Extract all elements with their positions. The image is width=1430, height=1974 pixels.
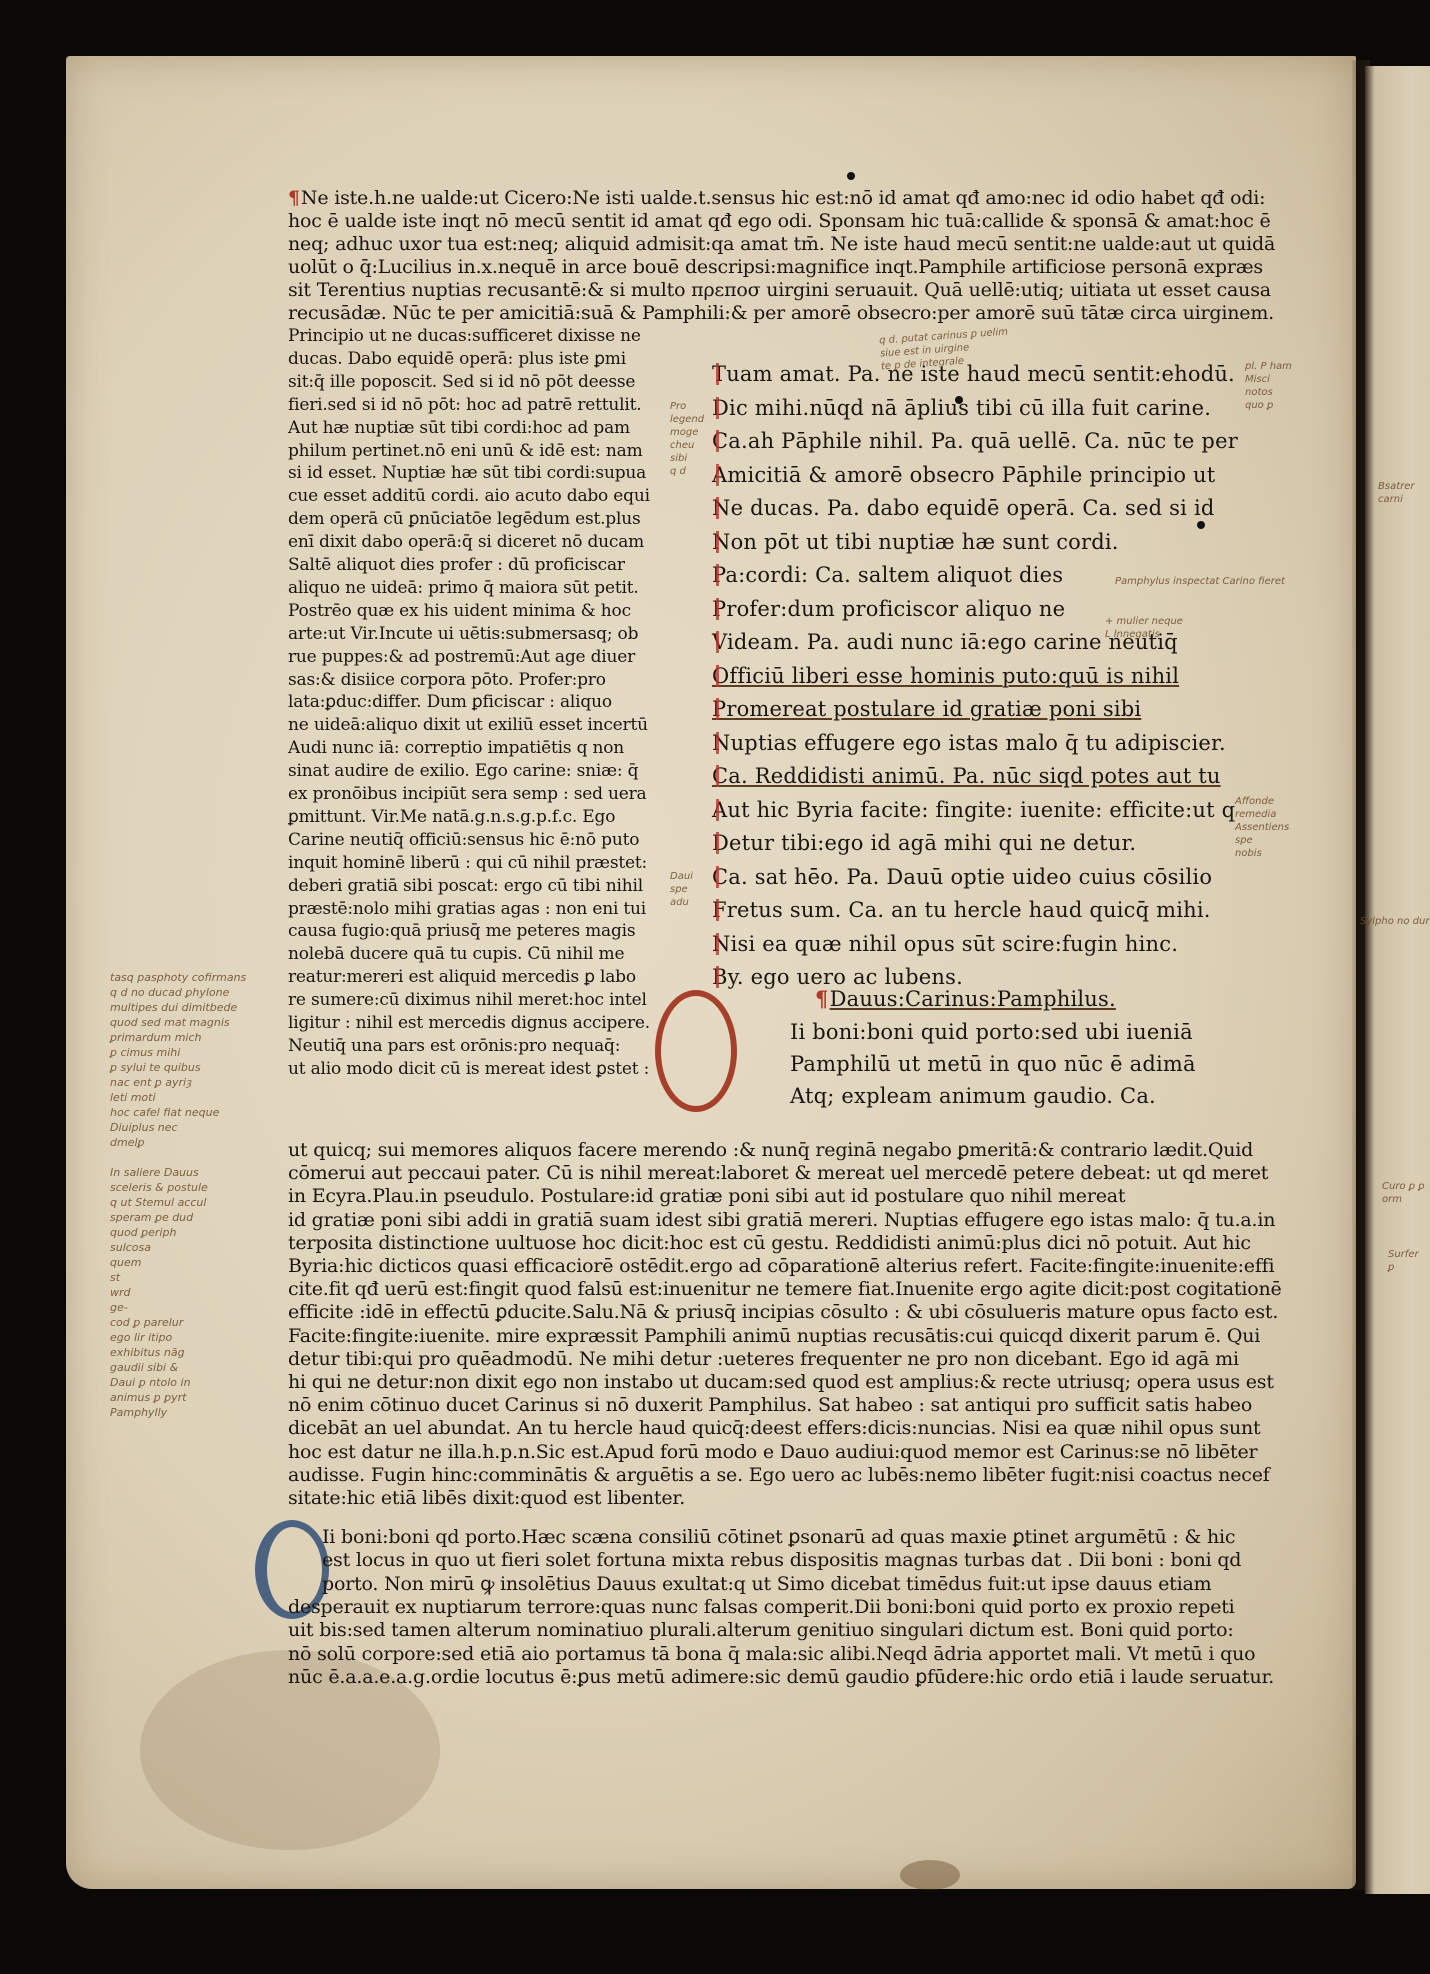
text-line: neq; adhuc uxor tua est:neq; aliquid adm… — [288, 234, 1275, 254]
text-line: sinat audire de exilio. Ego carine: sniæ… — [288, 761, 638, 781]
text-line: cōmerui aut peccaui pater. Cū is nihil m… — [288, 1163, 1268, 1183]
text-line: nō enim cōtinuo ducet Carinus si nō duxe… — [288, 1395, 1252, 1415]
ink-dot — [847, 172, 855, 180]
rubric-stroke-icon — [716, 732, 719, 754]
rubric-stroke-icon — [716, 899, 719, 921]
play-line: Ca. sat hēo. Pa. Dauū optie uideo cuius … — [712, 863, 1212, 891]
text-line: Postrēo quæ ex his uident minima & hoc — [288, 601, 631, 621]
text-line: rue puppes:& ad postremū:Aut age diuer — [288, 647, 635, 667]
text-line: Principio ut ne ducas:sufficeret dixisse… — [288, 326, 641, 346]
play-line: Promereat postulare id gratiæ poni sibi — [712, 695, 1141, 723]
rubric-stroke-icon — [716, 363, 719, 385]
rubric-stroke-icon — [716, 933, 719, 955]
play-line-text: Nuptias effugere ego istas malo q̄ tu ad… — [712, 731, 1226, 755]
text-line: sas:& disiice corpora pōto. Profer:pro — [288, 670, 606, 690]
marginal-note: + mulier neque L lnnegatis — [1105, 615, 1183, 641]
text-line: uolūt o q̄:Lucilius in.x.nequē in arce b… — [288, 257, 1263, 277]
text-line: ligitur : nihil est mercedis dignus acci… — [288, 1013, 650, 1033]
play-line-text: Profer:dum proficiscor aliquo ne — [712, 597, 1065, 621]
play-line-text: Ca.ah Pāphile nihil. Pa. quā uellē. Ca. … — [712, 429, 1238, 453]
text-line: reatur:mereri est aliquid mercedis ꝑ lab… — [288, 967, 636, 987]
text-line: dem operā cū ꝑnūciatōe legēdum est.plus — [288, 509, 641, 529]
text-line: id gratiæ poni sibi addi in gratiā suam … — [288, 1210, 1275, 1230]
text-line: porto. Non mirū ꝙ insolētius Dauus exult… — [322, 1574, 1211, 1594]
play-line-text: Nisi ea quæ nihil opus sūt scire:fugin h… — [712, 932, 1178, 956]
text-line: hoc est datur ne illa.h.p.n.Sic est.Apud… — [288, 1442, 1257, 1462]
ink-dot — [955, 396, 963, 404]
rubric-stroke-icon — [716, 598, 719, 620]
text-line: sit Terentius nuptias recusantē:& si mul… — [288, 280, 1271, 300]
rubric-stroke-icon — [716, 464, 719, 486]
play-line: Profer:dum proficiscor aliquo ne — [712, 595, 1065, 623]
paper-stain — [900, 1860, 960, 1890]
play-line: Ca. Reddidisti animū. Pa. nūc siqd potes… — [712, 762, 1221, 790]
rubric-stroke-icon — [716, 866, 719, 888]
text-line: Audi nunc iā: correptio impatiētis q non — [288, 738, 624, 758]
text-line: audisse. Fugin hinc:comminātis & arguēti… — [288, 1465, 1270, 1485]
text-line: uit bis:sed tamen alterum nominatiuo plu… — [288, 1620, 1234, 1640]
rubric-stroke-icon — [716, 531, 719, 553]
rubric-stroke-icon — [716, 564, 719, 586]
text-line: causa fugio:quā priusq̄ me peteres magis — [288, 921, 635, 941]
text-line: Carine neutiq̄ officiū:sensus hic ē:nō p… — [288, 830, 639, 850]
play-line: Nuptias effugere ego istas malo q̄ tu ad… — [712, 729, 1226, 757]
text-line: philum pertinet.nō eni unū & idē est: na… — [288, 441, 643, 461]
rubric-stroke-icon — [716, 966, 719, 988]
text-line: Aut hæ nuptiæ sūt tibi cordi:hoc ad pam — [288, 418, 630, 438]
marginal-note: pl. P ham Misci notos quo ꝑ — [1245, 360, 1292, 412]
rubric-stroke-icon — [716, 765, 719, 787]
text-line: nūc ē.a.a.e.a.g.ordie locutus ē:ꝑus metū… — [288, 1667, 1274, 1687]
play-line: Nisi ea quæ nihil opus sūt scire:fugin h… — [712, 930, 1178, 958]
scene-line: Ii boni:boni quid porto:sed ubi iueniā — [790, 1018, 1193, 1046]
marginal-note: Pamphylus inspectat Carino fieret — [1115, 575, 1285, 588]
rubric-stroke-icon — [716, 832, 719, 854]
marginal-note: Surfer ꝑ — [1388, 1248, 1419, 1274]
scene-line: Pamphilū ut metū in quo nūc ē adimā — [790, 1050, 1196, 1078]
text-line: fieri.sed si id nō pōt: hoc ad patrē ret… — [288, 395, 641, 415]
scene-line: Atq; expleam animum gaudio. Ca. — [790, 1082, 1156, 1110]
text-line: enī dixit dabo operā:q̄ si diceret nō du… — [288, 532, 644, 552]
scene-heading: ¶Dauus:Carinus:Pamphilus. — [815, 985, 1116, 1013]
text-line: est locus in quo ut fieri solet fortuna … — [322, 1550, 1241, 1570]
marginal-note: Affonde remedia Assentiens spe nobis — [1235, 795, 1289, 860]
marginal-note: Curo ꝑ ꝑ orm — [1382, 1180, 1425, 1206]
ink-dot — [1197, 521, 1205, 529]
text-line: cue esset additū cordi. aio acuto dabo e… — [288, 486, 650, 506]
text-line: sit:q̄ ille poposcit. Sed si id nō pōt d… — [288, 372, 635, 392]
text-line: hi qui ne detur:non dixit ego non instab… — [288, 1372, 1274, 1392]
play-line-text: Ca. Reddidisti animū. Pa. nūc siqd potes… — [712, 764, 1221, 788]
marginal-note: Bsatrer carni — [1378, 480, 1430, 506]
text-line: ducas. Dabo equidē operā: plus iste ꝑmi — [288, 349, 626, 369]
play-line-text: Ca. sat hēo. Pa. Dauū optie uideo cuius … — [712, 865, 1212, 889]
play-line-text: Ne ducas. Pa. dabo equidē operā. Ca. sed… — [712, 496, 1215, 520]
play-line: Ca.ah Pāphile nihil. Pa. quā uellē. Ca. … — [712, 427, 1238, 455]
play-line: Non pōt ut tibi nuptiæ hæ sunt cordi. — [712, 528, 1119, 556]
text-line: Byria:hic dicticos quasi efficaciorē ost… — [288, 1256, 1274, 1276]
rubric-stroke-icon — [716, 799, 719, 821]
text-line: terposita distinctione uultuose hoc dici… — [288, 1233, 1251, 1253]
text-line: præstē:nolo mihi gratias agas : non eni … — [288, 899, 646, 919]
rubric-stroke-icon — [716, 698, 719, 720]
text-line: dicebāt an uel abundat. An tu hercle hau… — [288, 1418, 1260, 1438]
play-line-text: Fretus sum. Ca. an tu hercle haud quicq̄… — [712, 898, 1211, 922]
rubric-stroke-icon — [716, 497, 719, 519]
text-line: arte:ut Vir.Incute ui uētis:submersasq; … — [288, 624, 638, 644]
text-line: inquit hominē liberū : qui cū nihil præs… — [288, 853, 647, 873]
text-line: ne uideā:aliquo dixit ut exiliū esset in… — [288, 715, 648, 735]
play-line: Ne ducas. Pa. dabo equidē operā. Ca. sed… — [712, 494, 1215, 522]
text-line: ꝑmittunt. Vir.Me natā.g.n.s.g.p.f.c. Ego — [288, 807, 615, 827]
rubric-stroke-icon — [716, 665, 719, 687]
rubric-stroke-icon — [716, 397, 719, 419]
text-line: cite.fit qđ uerū est:fingit quod falsū e… — [288, 1279, 1282, 1299]
text-line: si id esset. Nuptiæ hæ sūt tibi cordi:su… — [288, 463, 646, 483]
play-line-text: Officiū liberi esse hominis puto:quū is … — [712, 664, 1179, 688]
text-line: deberi gratiā sibi poscat: ergo cū tibi … — [288, 876, 643, 896]
text-line: in Ecyra.Plau.in pseudulo. Postulare:id … — [288, 1186, 1125, 1206]
play-line-text: Amicitiā & amorē obsecro Pāphile princip… — [712, 463, 1215, 487]
text-line: ut quicq; sui memores aliquos facere mer… — [288, 1140, 1253, 1160]
text-line: ¶Ne iste.h.ne ualde:ut Cicero:Ne isti ua… — [288, 188, 1265, 208]
initial-O-red: O — [655, 990, 737, 1112]
marginal-note-left-block: tasq pasphoty cofirmans q d no ducad ꝑhy… — [110, 970, 246, 1420]
text-line: detur tibi:qui pro quēadmodū. Ne mihi de… — [288, 1349, 1239, 1369]
play-line: Pa:cordi: Ca. saltem aliquot dies — [712, 561, 1063, 589]
play-line-text: Pa:cordi: Ca. saltem aliquot dies — [712, 563, 1063, 587]
text-line: Neutiq̄ una pars est orōnis:pro nequaq̄: — [288, 1036, 620, 1056]
play-line-text: Detur tibi:ego id agā mihi qui ne detur. — [712, 831, 1136, 855]
text-line: desperauit ex nuptiarum terrore:quas nun… — [288, 1597, 1235, 1617]
marginal-note: Sylpho no dur — [1360, 915, 1429, 928]
text-line: nō solū corpore:sed etiā aio portamus tā… — [288, 1644, 1255, 1664]
facing-page-edge — [1365, 66, 1430, 1894]
play-line: Detur tibi:ego id agā mihi qui ne detur. — [712, 829, 1136, 857]
text-line: Facite:fingite:iuenite. mire expræssit P… — [288, 1326, 1260, 1346]
text-line: ut alio modo dicit cū is mereat idest ꝑs… — [288, 1059, 649, 1079]
text-line: aliquo ne uideā: primo q̄ maiora sūt pet… — [288, 578, 639, 598]
rubric-stroke-icon — [716, 631, 719, 653]
play-line-text: Non pōt ut tibi nuptiæ hæ sunt cordi. — [712, 530, 1119, 554]
text-line: sitate:hic etiā libēs dixit:quod est lib… — [288, 1488, 685, 1508]
marginal-note: Daui spe adu — [670, 870, 693, 909]
rubric-stroke-icon — [716, 430, 719, 452]
text-line: ex pronōibus incipiūt sera semp : sed ue… — [288, 784, 646, 804]
text-line: efficite :idē in effectū ꝑducite.Salu.Nā… — [288, 1302, 1278, 1322]
text-line: nolebā ducere quā tu cupis. Cū nihil me — [288, 944, 624, 964]
play-line-text: Promereat postulare id gratiæ poni sibi — [712, 697, 1141, 721]
play-line: Fretus sum. Ca. an tu hercle haud quicq̄… — [712, 896, 1211, 924]
text-line: Ii boni:boni qd porto.Hæc scæna consiliū… — [322, 1527, 1235, 1547]
play-line: Amicitiā & amorē obsecro Pāphile princip… — [712, 461, 1215, 489]
text-line: recusādæ. Nūc te per amicitiā:suā & Pamp… — [288, 303, 1274, 323]
text-line: hoc ē ualde iste inqt nō mecū sentit id … — [288, 211, 1271, 231]
text-line: lata:ꝑduc:differ. Dum ꝑficiscar : aliquo — [288, 692, 612, 712]
play-line: Aut hic Byria facite: fingite: iuenite: … — [712, 796, 1235, 824]
text-line: Saltē aliquot dies profer : dū proficisc… — [288, 555, 625, 575]
play-line: Officiū liberi esse hominis puto:quū is … — [712, 662, 1179, 690]
play-line-text: Aut hic Byria facite: fingite: iuenite: … — [712, 798, 1235, 822]
marginal-note: Pro legend moge cheu sibi q d — [670, 400, 704, 478]
text-line: re sumere:cū diximus nihil meret:hoc int… — [288, 990, 647, 1010]
